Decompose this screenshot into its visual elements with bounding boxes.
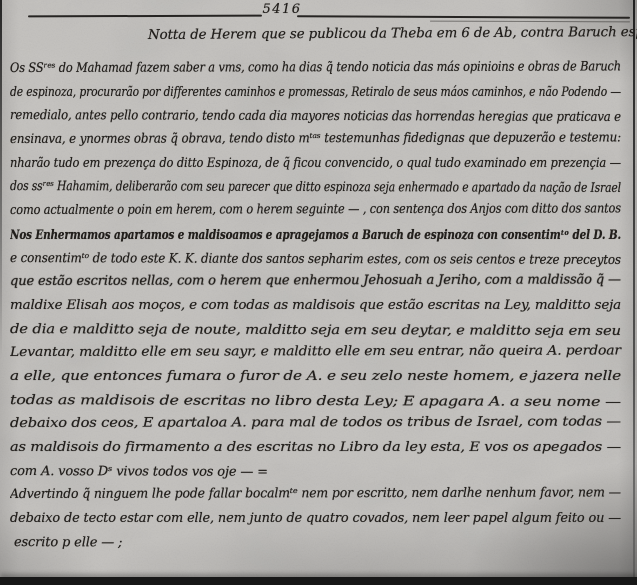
- manuscript-line-4: ensinava, e ynormes obras q̃ obrava, ten…: [10, 126, 623, 151]
- manuscript-line-text: que estão escritos nellas, com o herem q…: [10, 269, 621, 294]
- manuscript-line-10: que estão escritos nellas, com o herem q…: [10, 269, 623, 294]
- manuscript-line-8: Nos Enhermamos apartamos e maldisoamos e…: [10, 223, 623, 247]
- manuscript-line-5: nharão tudo em prezença do ditto Espinoz…: [10, 152, 623, 176]
- manuscript-line-17: as maldisois do firmamento a des escrita…: [10, 436, 623, 460]
- manuscript-line-text: como actualmente o poin em herem, com o …: [10, 198, 621, 223]
- manuscript-line-1: Os SSʳᵉˢ do Mahamad fazem saber a vms, c…: [10, 57, 623, 81]
- manuscript-line-text: Os SSʳᵉˢ do Mahamad fazem saber a vms, c…: [10, 57, 621, 81]
- manuscript-line-text: maldixe Elisah aos moços, e com todas as…: [10, 294, 621, 318]
- manuscript-line-text: debaixo dos ceos, E apartaloa A. para ma…: [10, 411, 621, 436]
- manuscript-line-20: debaixo de tecto estar com elle, nem jun…: [10, 507, 623, 531]
- document-title-text: Notta de Herem que se publicou da Theba …: [148, 25, 637, 43]
- manuscript-line-21: escrito p elle — ;: [10, 531, 623, 557]
- manuscript-line-text: a elle, que entonces fumara o furor de A…: [10, 365, 621, 389]
- manuscript-line-19: Advertindo q̃ ninguem lhe pode fallar bo…: [10, 482, 623, 507]
- manuscript-line-text: as maldisois do firmamento a des escrita…: [10, 436, 621, 460]
- page-edge-left: [0, 0, 2, 360]
- manuscript-body: Os SSʳᵉˢ do Mahamad fazem saber a vms, c…: [10, 57, 623, 557]
- manuscript-line-14: a elle, que entonces fumara o furor de A…: [10, 365, 623, 389]
- scan-border-bottom: [0, 577, 637, 585]
- manuscript-line-13: Levantar, malditto elle em seu sayr, e m…: [10, 340, 623, 365]
- manuscript-line-text: nharão tudo em prezença do ditto Espinoz…: [10, 152, 621, 176]
- header-rule-left: [28, 15, 262, 18]
- document-title: Notta de Herem que se publicou da Theba …: [148, 22, 637, 43]
- manuscript-page: 5416 Notta de Herem que se publicou da T…: [0, 0, 637, 585]
- manuscript-line-2: de espinoza, procurarão por differentes …: [10, 81, 623, 105]
- manuscript-line-7: como actualmente o poin em herem, com o …: [10, 198, 623, 223]
- manuscript-line-11: maldixe Elisah aos moços, e com todas as…: [10, 294, 623, 318]
- manuscript-line-text: Nos Enhermamos apartamos e maldisoamos e…: [10, 223, 621, 247]
- manuscript-line-text: de espinoza, procurarão por differentes …: [10, 81, 621, 105]
- manuscript-line-text: com A. vosso Dˢ vivos todos vos oje — =: [10, 460, 268, 485]
- manuscript-line-text: ensinava, e ynormes obras q̃ obrava, ten…: [10, 126, 621, 151]
- page-edge-right: [633, 0, 635, 577]
- manuscript-line-text: Advertindo q̃ ninguem lhe pode fallar bo…: [10, 482, 621, 507]
- manuscript-line-text: escrito p elle — ;: [14, 531, 122, 555]
- manuscript-line-16: debaixo dos ceos, E apartaloa A. para ma…: [10, 411, 623, 436]
- manuscript-line-text: debaixo de tecto estar com elle, nem jun…: [10, 507, 621, 531]
- header-rule-right: [297, 15, 630, 18]
- manuscript-line-text: Levantar, malditto elle em seu sayr, e m…: [10, 340, 621, 365]
